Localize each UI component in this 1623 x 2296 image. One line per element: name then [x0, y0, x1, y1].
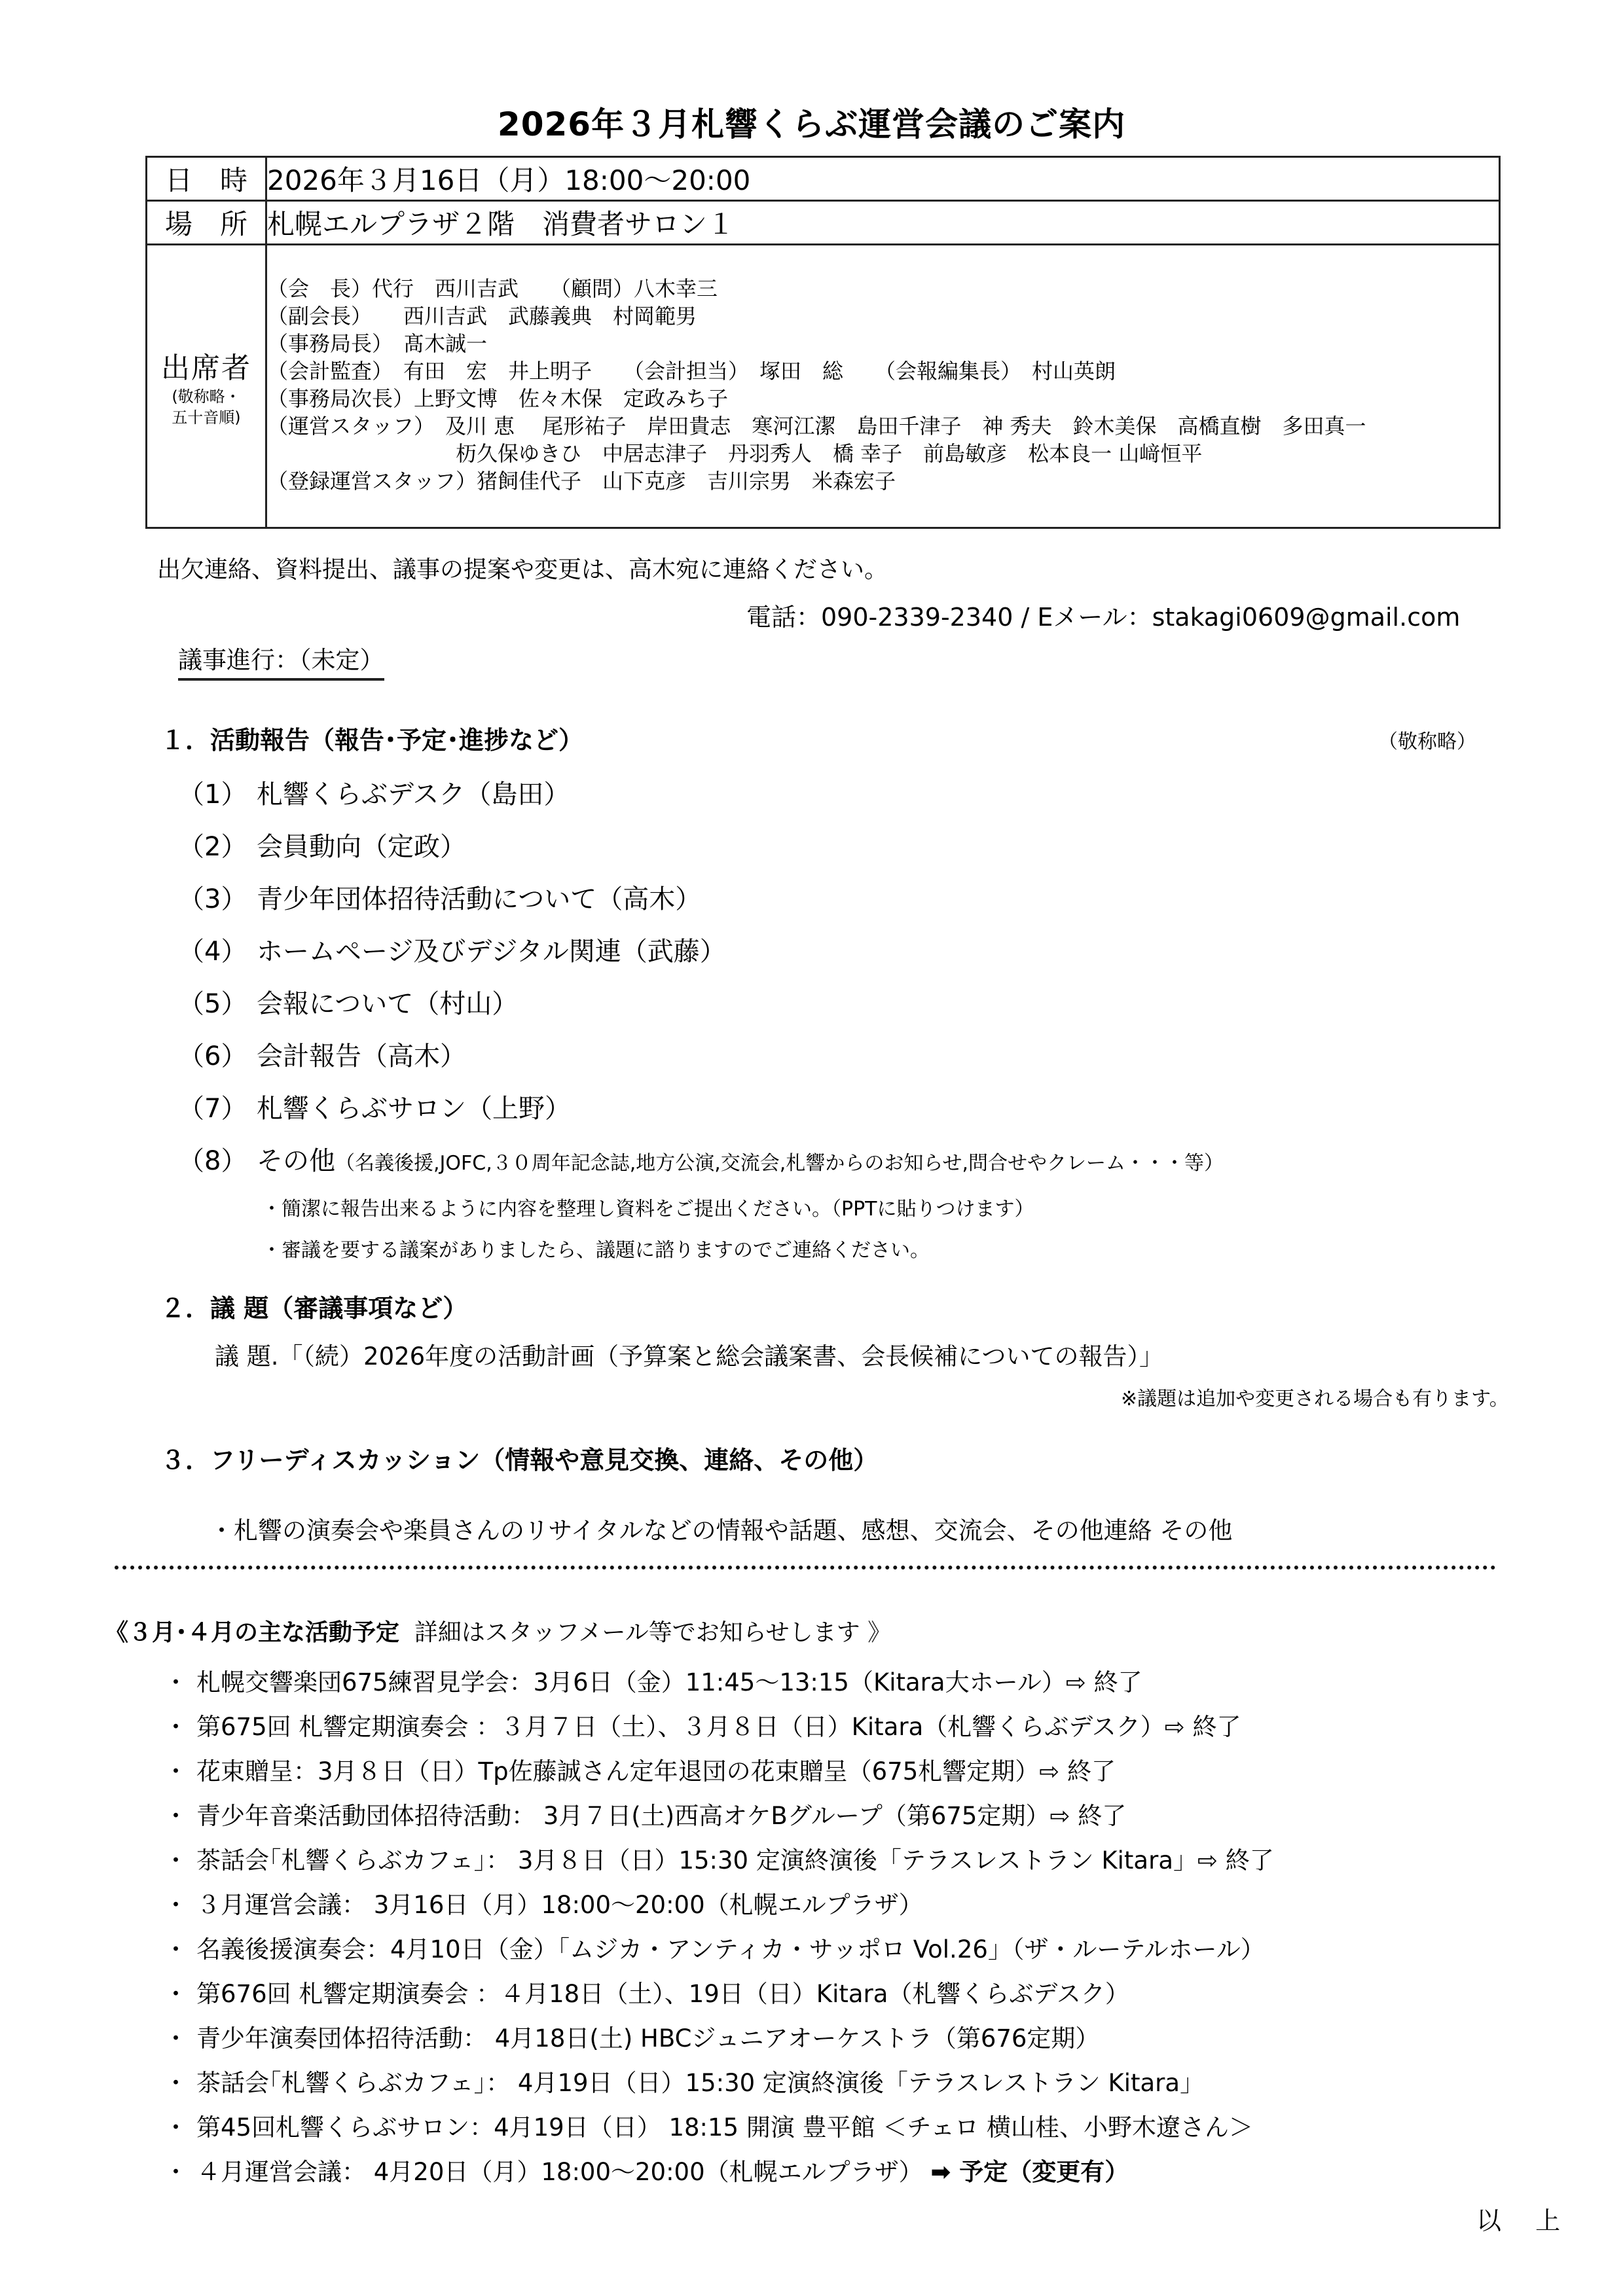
schedule-item-text: ４月運営会議： 4月20日（月）18:00～20:00（札幌エルプラザ） [196, 2158, 923, 2186]
divider-dotted [115, 1566, 1496, 1570]
schedule-item-text: 青少年演奏団体招待活動： 4月18日(土) HBCジュニアオーケストラ（第676… [196, 2024, 1099, 2053]
bullet-icon: ・ [164, 1796, 196, 1831]
report-note-2: ・審議を要する議案がありましたら、議題に諮りますのでご連絡ください。 [262, 1234, 930, 1263]
place-value: 札幌エルプラザ２階 消費者サロン１ [266, 201, 1500, 245]
attendees-label-note-2: 五十音順) [147, 407, 265, 428]
schedule-item-text: 第675回 札響定期演奏会 ：３月７日（土）、３月８日（日）Kitara（札響く… [196, 1713, 1241, 1741]
report-item-7: （7）札響くらぶサロン（上野） [178, 1088, 571, 1125]
report-item-number: （1） [178, 774, 257, 811]
page-title: 2026年３月札響くらぶ運営会議のご案内 [0, 98, 1623, 145]
bullet-icon: ・ [164, 2063, 196, 2098]
bullet-icon: ・ [164, 1840, 196, 1876]
schedule-item-text: 青少年音楽活動団体招待活動： 3月７日(土)西高オケBグループ（第675定期）⇨… [196, 1802, 1126, 1830]
schedule-item-text: 茶話会｢札響くらぶカフェ｣： 3月８日（日）15:30 定演終演後「テラスレスト… [196, 1846, 1274, 1874]
section3-heading: ３．フリーディスカッション（情報や意見交換、連絡、その他） [160, 1440, 878, 1476]
bullet-icon: ・ [164, 2108, 196, 2143]
schedule-heading-note: 詳細はスタッフメール等でお知らせします 》 [414, 1619, 891, 1646]
agenda-note: ※議題は追加や変更される場合も有ります。 [1121, 1382, 1509, 1411]
report-item-number: （3） [178, 878, 257, 916]
bullet-icon: ・ [164, 2018, 196, 2054]
bullet-icon: ・ [164, 1974, 196, 2009]
attendees-list: （会 長）代行 西川吉武 （顧問）八木幸三 （副会長） 西川吉武 武藤義典 村岡… [266, 245, 1500, 528]
report-item-number: （5） [178, 983, 257, 1020]
schedule-item: ・３月運営会議： 3月16日（月）18:00～20:00（札幌エルプラザ） [164, 1885, 923, 1920]
date-label: 日 時 [147, 157, 266, 201]
report-item-text: 会員動向（定政） [257, 832, 466, 862]
attendees-label: 出席者 [147, 344, 265, 386]
attendee-line-deputy-secretary: （事務局次長）上野文博 佐々木保 定政みち子 [267, 386, 1499, 414]
contact-phone-email[interactable]: 電話：090-2339-2340 / Eメール：stakagi0609@gmai… [746, 597, 1460, 633]
date-row: 日 時 2026年３月16日（月）18:00～20:00 [147, 157, 1500, 201]
report-item-detail: （名義後援,JOFC,３０周年記念誌,地方公演,交流会,札響からのお知らせ,問合… [335, 1152, 1224, 1175]
report-item-number: （7） [178, 1088, 257, 1125]
bullet-icon: ・ [164, 1707, 196, 1742]
bullet-icon: ・ [164, 2152, 196, 2187]
attendees-label-cell: 出席者 (敬称略・ 五十音順) [147, 245, 266, 528]
contact-instruction: 出欠連絡、資料提出、議事の提案や変更は、高木宛に連絡ください。 [157, 551, 888, 584]
schedule-item: ・第676回 札響定期演奏会 ：４月18日（土）、19日（日）Kitara（札響… [164, 1974, 1129, 2009]
attendee-line-president: （会 長）代行 西川吉武 （顧問）八木幸三 [267, 276, 1499, 304]
place-row: 場 所 札幌エルプラザ２階 消費者サロン１ [147, 201, 1500, 245]
report-item-4: （4）ホームページ及びデジタル関連（武藤） [178, 931, 726, 968]
report-item-2: （2）会員動向（定政） [178, 826, 466, 863]
closing-mark: 以 上 [1476, 2200, 1573, 2236]
schedule-item-text: 第45回札響くらぶサロン：4月19日（日） 18:15 開演 豊平館 ＜チェロ … [196, 2113, 1253, 2142]
schedule-item: ・名義後援演奏会：4月10日（金）「ムジカ・アンティカ・サッポロ Vol.26」… [164, 1929, 1265, 1965]
schedule-item: ・青少年音楽活動団体招待活動： 3月７日(土)西高オケBグループ（第675定期）… [164, 1796, 1126, 1831]
schedule-item: ・青少年演奏団体招待活動： 4月18日(土) HBCジュニアオーケストラ（第67… [164, 2018, 1099, 2054]
report-item-text: 青少年団体招待活動について（高木） [257, 884, 701, 914]
report-item-number: （6） [178, 1035, 257, 1073]
report-item-8: （8）その他（名義後援,JOFC,３０周年記念誌,地方公演,交流会,札響からのお… [178, 1140, 1224, 1177]
bullet-icon: ・ [164, 1751, 196, 1787]
report-item-text: その他 [257, 1146, 335, 1176]
section1-honorific-note: （敬称略） [1378, 725, 1476, 754]
schedule-item: ・札幌交響楽団675練習見学会：3月6日（金）11:45～13:15（Kitar… [164, 1662, 1142, 1698]
section2-heading: ２．議 題（審議事項など） [160, 1288, 467, 1324]
report-item-3: （3）青少年団体招待活動について（高木） [178, 878, 701, 916]
schedule-item: ・第675回 札響定期演奏会 ：３月７日（土）、３月８日（日）Kitara（札響… [164, 1707, 1241, 1742]
schedule-heading-bold: 《３月･４月の主な活動予定 [105, 1619, 399, 1646]
attendee-line-registered-staff: （登録運営スタッフ）猪飼佳代子 山下克彦 吉川宗男 米森宏子 [267, 469, 1499, 496]
attendee-line-staff-1: （運営スタッフ） 及川 恵 尾形祐子 岸田貴志 寒河江潔 島田千津子 神 秀夫 … [267, 414, 1499, 441]
schedule-item: ・第45回札響くらぶサロン：4月19日（日） 18:15 開演 豊平館 ＜チェロ… [164, 2108, 1253, 2143]
schedule-item-status: ➡ 予定（変更有） [930, 2158, 1129, 2186]
attendees-label-note-1: (敬称略・ [147, 386, 265, 407]
attendee-line-vice-president: （副会長） 西川吉武 武藤義典 村岡範男 [267, 304, 1499, 331]
meeting-chair: 議事進行：（未定） [178, 640, 384, 681]
date-value: 2026年３月16日（月）18:00～20:00 [266, 157, 1500, 201]
section1-heading: １．活動報告（報告･予定･進捗など） [160, 720, 583, 756]
report-item-6: （6）会計報告（高木） [178, 1035, 466, 1073]
attendee-line-staff-2: 杤久保ゆきひ 中居志津子 丹羽秀人 橋 幸子 前島敏彦 松本良一 山﨑恒平 [267, 441, 1499, 469]
report-item-text: 札響くらぶサロン（上野） [257, 1094, 571, 1124]
place-label: 場 所 [147, 201, 266, 245]
report-item-text: 札響くらぶデスク（島田） [257, 780, 570, 810]
schedule-item-text: 札幌交響楽団675練習見学会：3月6日（金）11:45～13:15（Kitara… [196, 1668, 1142, 1696]
report-item-1: （1）札響くらぶデスク（島田） [178, 774, 570, 811]
report-item-number: （8） [178, 1140, 257, 1177]
bullet-icon: ・ [164, 1885, 196, 1920]
bullet-icon: ・ [164, 1662, 196, 1698]
schedule-item-text: ３月運営会議： 3月16日（月）18:00～20:00（札幌エルプラザ） [196, 1891, 923, 1919]
schedule-item: ・４月運営会議： 4月20日（月）18:00～20:00（札幌エルプラザ） ➡ … [164, 2152, 1129, 2187]
free-discussion-text: ・札響の演奏会や楽員さんのリサイタルなどの情報や話題、感想、交流会、その他連絡 … [210, 1511, 1232, 1546]
report-item-text: 会計報告（高木） [257, 1041, 466, 1071]
schedule-item-text: 茶話会｢札響くらぶカフェ｣： 4月19日（日）15:30 定演終演後「テラスレス… [196, 2069, 1204, 2097]
schedule-item: ・花束贈呈：3月８日（日）Tp佐藤誠さん定年退団の花束贈呈（675札響定期）⇨ … [164, 1751, 1116, 1787]
report-item-number: （4） [178, 931, 257, 968]
report-item-text: ホームページ及びデジタル関連（武藤） [257, 937, 726, 967]
report-item-5: （5）会報について（村山） [178, 983, 518, 1020]
attendee-line-secretary-general: （事務局長） 髙木誠一 [267, 331, 1499, 359]
schedule-item: ・茶話会｢札響くらぶカフェ｣： 4月19日（日）15:30 定演終演後「テラスレ… [164, 2063, 1204, 2098]
schedule-item-text: 花束贈呈：3月８日（日）Tp佐藤誠さん定年退団の花束贈呈（675札響定期）⇨ 終… [196, 1757, 1116, 1785]
schedule-item-text: 名義後援演奏会：4月10日（金）「ムジカ・アンティカ・サッポロ Vol.26」（… [196, 1935, 1265, 1964]
bullet-icon: ・ [164, 1929, 196, 1965]
report-note-1: ・簡潔に報告出来るように内容を整理し資料をご提出ください。（PPTに貼りつけます… [262, 1193, 1034, 1221]
schedule-heading: 《３月･４月の主な活動予定 詳細はスタッフメール等でお知らせします 》 [105, 1614, 891, 1647]
report-item-text: 会報について（村山） [257, 989, 518, 1019]
schedule-item-text: 第676回 札響定期演奏会 ：４月18日（土）、19日（日）Kitara（札響く… [196, 1980, 1129, 2008]
meeting-info-table: 日 時 2026年３月16日（月）18:00～20:00 場 所 札幌エルプラザ… [145, 156, 1501, 529]
attendees-row: 出席者 (敬称略・ 五十音順) （会 長）代行 西川吉武 （顧問）八木幸三 （副… [147, 245, 1500, 528]
agenda-item: 議 題.「（続）2026年度の活動計画（予算案と総会議案書、会長候補についての報… [215, 1336, 1163, 1372]
attendee-line-auditors: （会計監査） 有田 宏 井上明子 （会計担当） 塚田 総 （会報編集長） 村山英… [267, 359, 1499, 386]
report-item-number: （2） [178, 826, 257, 863]
schedule-item: ・茶話会｢札響くらぶカフェ｣： 3月８日（日）15:30 定演終演後「テラスレス… [164, 1840, 1274, 1876]
